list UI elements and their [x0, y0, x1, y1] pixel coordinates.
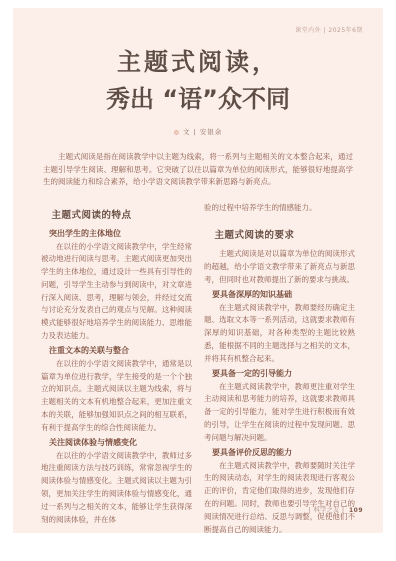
section-heading-requirements: 主题式阅读的要求 [204, 227, 355, 241]
intro-paragraph: 主题式阅读是指在阅读教学中以主题为线索，将一系列与主题相关的文本整合起来，通过主… [43, 151, 353, 189]
masthead-issue-info: 课堂内外 | 2025年6期 [295, 25, 363, 34]
magazine-page: 课堂内外 | 2025年6期 主题式阅读， 秀出 “语”众不同 ◎ 文 | 安银… [13, 8, 383, 533]
subsection-heading: 注重文本的关联与整合 [41, 345, 192, 356]
subsection-heading: 要具备评价反思的能力 [204, 447, 355, 458]
section-heading-features: 主题式阅读的特点 [41, 207, 192, 221]
body-paragraph: 在以往的小学语文阅读教学中，通常是以篇章为单位进行教学，学生接受的是一个个独立的… [41, 358, 192, 435]
right-column: 验的过程中培养学生的情感能力。 主题式阅读的要求 主题式阅读是对以篇章为单位的阅… [204, 202, 355, 534]
title-line-2: 秀出 “语”众不同 [13, 81, 383, 118]
body-paragraph: 在以往的小学语文阅读教学中，教师过多地注重阅读方法与技巧训练，常常忽视学生的阅读… [41, 450, 192, 527]
title-line-1: 主题式阅读， [13, 44, 383, 81]
subsection-heading: 关注阅读体验与情感变化 [41, 437, 192, 448]
body-paragraph: 在主题式阅读教学中，教师更注重对学生主动阅读和思考能力的培养，这就要求教师具备一… [204, 381, 355, 445]
body-paragraph: 主题式阅读是对以篇章为单位的阅读形式的超越，给小学语文教学带来了新亮点与新思考，… [204, 248, 355, 286]
subsection-heading: 要具备深厚的知识基础 [204, 289, 355, 300]
subsection-heading: 突出学生的主体地位 [41, 228, 192, 239]
continuation-paragraph: 验的过程中培养学生的情感能力。 [204, 202, 355, 215]
footer-magazine-name: | 科学之友 | [309, 507, 345, 514]
byline: ◎ 文 | 安银余 [13, 127, 383, 136]
article-title: 主题式阅读， 秀出 “语”众不同 [13, 44, 383, 118]
left-column: 主题式阅读的特点 突出学生的主体地位 在以往的小学语文阅读教学中，学生经常被动地… [41, 202, 192, 534]
magazine-footer: | 科学之友 | 109 [309, 505, 363, 514]
byline-author: 文 | 安银余 [183, 128, 222, 136]
footer-page-number: 109 [349, 507, 363, 514]
two-column-layout: 主题式阅读的特点 突出学生的主体地位 在以往的小学语文阅读教学中，学生经常被动地… [41, 202, 355, 534]
body-paragraph: 在以往的小学语文阅读教学中，学生经常被动地进行阅读与思考。主题式阅读更加突出学生… [41, 241, 192, 343]
body-paragraph: 在主题式阅读教学中，教师要经历确定主题、选取文本等一系列活动，这就要求教师有深厚… [204, 302, 355, 366]
body-paragraph: 在主题式阅读教学中，教师要随时关注学生的阅读动态，对学生的阅读表现进行客观公正的… [204, 460, 355, 533]
byline-marker-icon: ◎ [174, 129, 180, 136]
subsection-heading: 要具备一定的引导能力 [204, 368, 355, 379]
